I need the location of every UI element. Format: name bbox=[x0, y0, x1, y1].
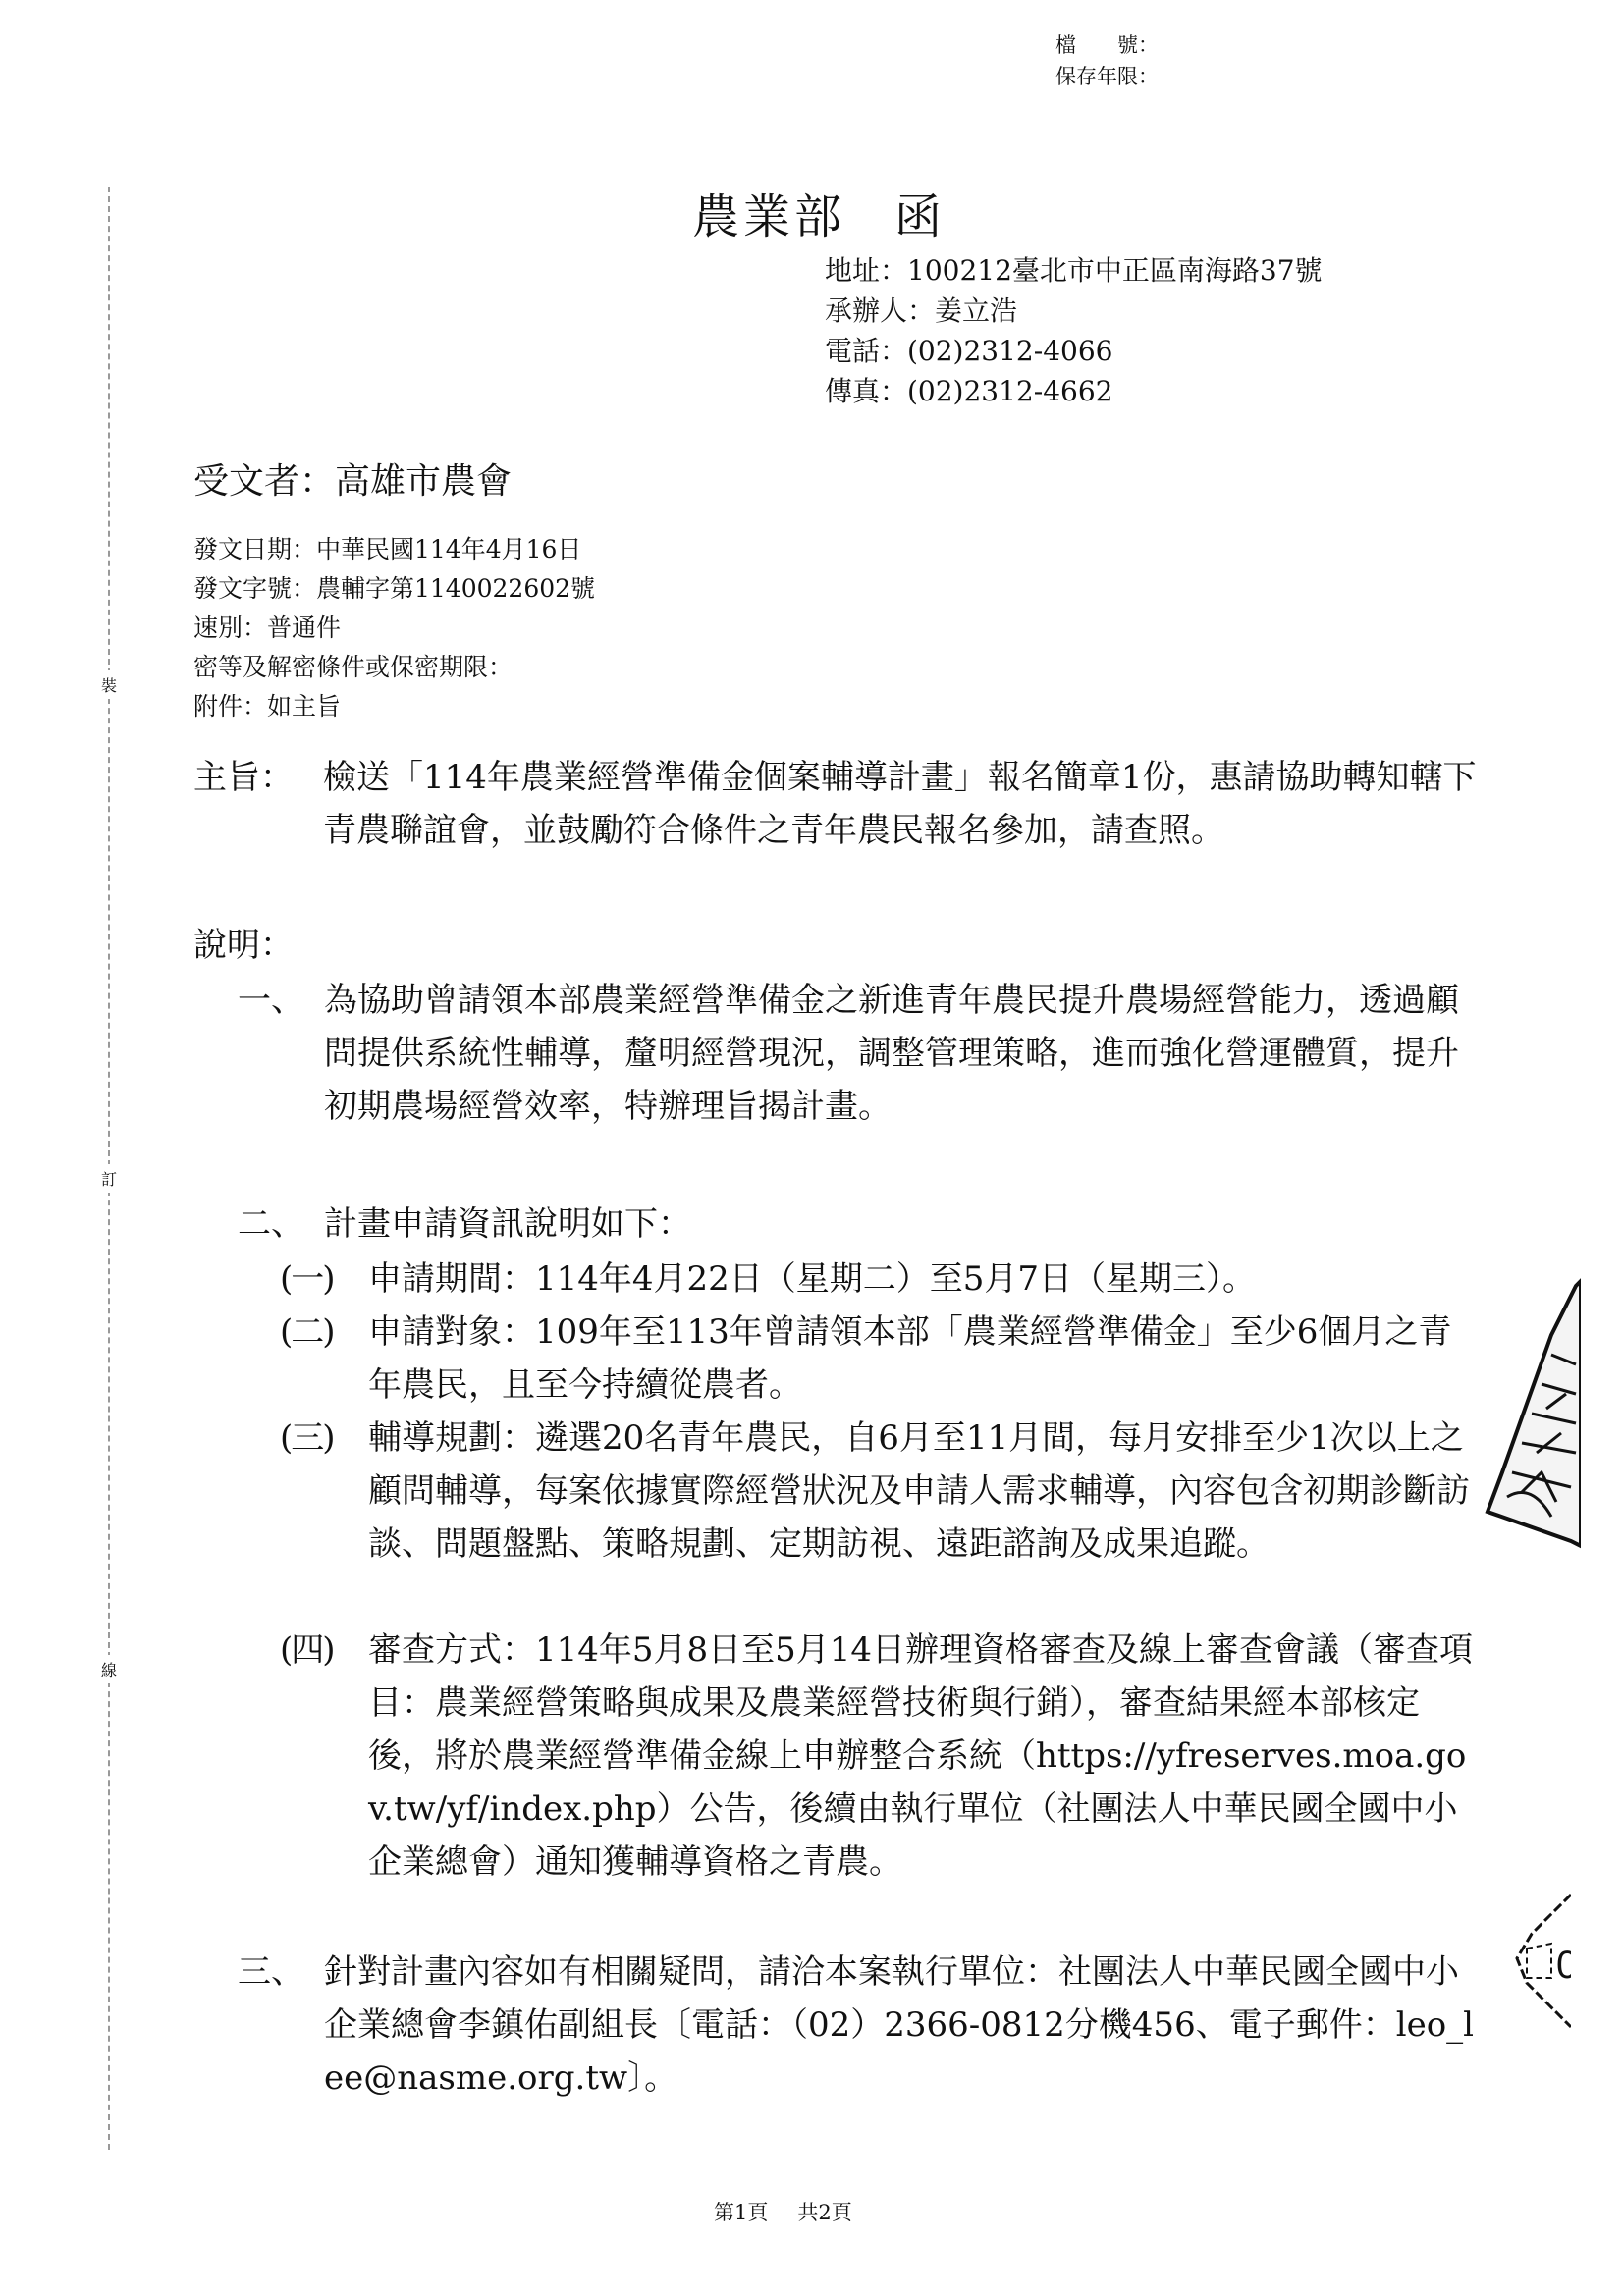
security-class: 密等及解密條件或保密期限： bbox=[193, 648, 595, 687]
item-text: 計畫申請資訊說明如下： bbox=[324, 1198, 1475, 1251]
attachment: 附件：如主旨 bbox=[193, 687, 595, 726]
page-total: 共2頁 bbox=[797, 2201, 851, 2224]
subitem-4: (四) 審查方式：114年5月8日至5月14日辦理資格審查及線上審查會議（審查項… bbox=[280, 1624, 1478, 1889]
file-meta: 檔 號： 保存年限： bbox=[1055, 29, 1159, 92]
contact-phone: 電話：(02)2312-4066 bbox=[825, 331, 1323, 371]
subitem-number: (一) bbox=[280, 1253, 334, 1306]
retention-label: 保存年限： bbox=[1055, 61, 1159, 92]
explanation-label: 說明： bbox=[193, 919, 294, 972]
binding-label-ding: 訂 bbox=[101, 1164, 117, 1193]
explanation-item-3: 三、 針對計畫內容如有相關疑問，請洽本案執行單位：社團法人中華民國全國中小企業總… bbox=[238, 1946, 1475, 2105]
item-number: 一、 bbox=[238, 974, 304, 1027]
document-title: 農業部函 bbox=[692, 179, 946, 246]
subitem-2: (二) 申請對象：109年至113年曾請領本部「農業經營準備金」至少6個月之青年… bbox=[280, 1306, 1478, 1412]
subitem-number: (二) bbox=[280, 1306, 334, 1359]
item-text: 為協助曾請領本部農業經營準備金之新進青年農民提升農場經營能力，透過顧問提供系統性… bbox=[324, 974, 1475, 1133]
explanation-item-1: 一、 為協助曾請領本部農業經營準備金之新進青年農民提升農場經營能力，透過顧問提供… bbox=[238, 974, 1475, 1133]
subitem-text: 審查方式：114年5月8日至5月14日辦理資格審查及線上審查會議（審查項目：農業… bbox=[368, 1624, 1476, 1889]
subject-label: 主旨： bbox=[193, 751, 294, 804]
item-number: 三、 bbox=[238, 1946, 304, 1999]
explanation-item-2: 二、 計畫申請資訊說明如下： bbox=[238, 1198, 1475, 1251]
dispatch-info: 發文日期：中華民國114年4月16日 發文字號：農輔字第1140022602號 … bbox=[193, 530, 595, 726]
binding-label-xian: 線 bbox=[101, 1655, 117, 1683]
contact-block: 地址：100212臺北市中正區南海路37號 承辦人：姜立浩 電話：(02)231… bbox=[825, 250, 1323, 411]
page-number: 第1頁 bbox=[714, 2201, 768, 2224]
subject-text: 檢送「114年農業經營準備金個案輔導計畫」報名簡章1份，惠請協助轉知轄下青農聯誼… bbox=[323, 751, 1477, 857]
speed-class: 速別：普通件 bbox=[193, 609, 595, 648]
seal-stamp-icon: 0 bbox=[1497, 1885, 1571, 2032]
svg-text:0: 0 bbox=[1556, 1944, 1571, 1987]
binding-label-zhuang: 裝 bbox=[101, 670, 117, 699]
recipient: 受文者：高雄市農會 bbox=[193, 454, 512, 504]
dispatch-number: 發文字號：農輔字第1140022602號 bbox=[193, 569, 595, 609]
subitem-text: 申請對象：109年至113年曾請領本部「農業經營準備金」至少6個月之青年農民，且… bbox=[368, 1306, 1476, 1412]
item-text: 針對計畫內容如有相關疑問，請洽本案執行單位：社團法人中華民國全國中小企業總會李鎮… bbox=[324, 1946, 1475, 2105]
subitem-number: (四) bbox=[280, 1624, 334, 1677]
file-number-label: 檔 號： bbox=[1055, 29, 1159, 61]
title-type: 函 bbox=[894, 189, 946, 244]
subitem-number: (三) bbox=[280, 1412, 334, 1465]
subitem-3: (三) 輔導規劃：遴選20名青年農民，自6月至11月間，每月安排至少1次以上之顧… bbox=[280, 1412, 1478, 1571]
contact-handler: 承辦人：姜立浩 bbox=[825, 291, 1323, 331]
dispatch-date: 發文日期：中華民國114年4月16日 bbox=[193, 530, 595, 569]
title-org: 農業部 bbox=[692, 189, 845, 244]
subitem-text: 輔導規劃：遴選20名青年農民，自6月至11月間，每月安排至少1次以上之顧問輔導，… bbox=[368, 1412, 1476, 1571]
contact-address: 地址：100212臺北市中正區南海路37號 bbox=[825, 250, 1323, 291]
subitem-text: 申請期間：114年4月22日（星期二）至5月7日（星期三）。 bbox=[368, 1253, 1476, 1306]
subject-section: 主旨： 檢送「114年農業經營準備金個案輔導計畫」報名簡章1份，惠請協助轉知轄下… bbox=[193, 751, 1477, 857]
contact-fax: 傳真：(02)2312-4662 bbox=[825, 371, 1323, 411]
page-footer: 第1頁共2頁 bbox=[714, 2197, 852, 2226]
subitem-1: (一) 申請期間：114年4月22日（星期二）至5月7日（星期三）。 bbox=[280, 1253, 1478, 1306]
item-number: 二、 bbox=[238, 1198, 304, 1251]
seal-stamp-icon bbox=[1483, 1276, 1581, 1551]
